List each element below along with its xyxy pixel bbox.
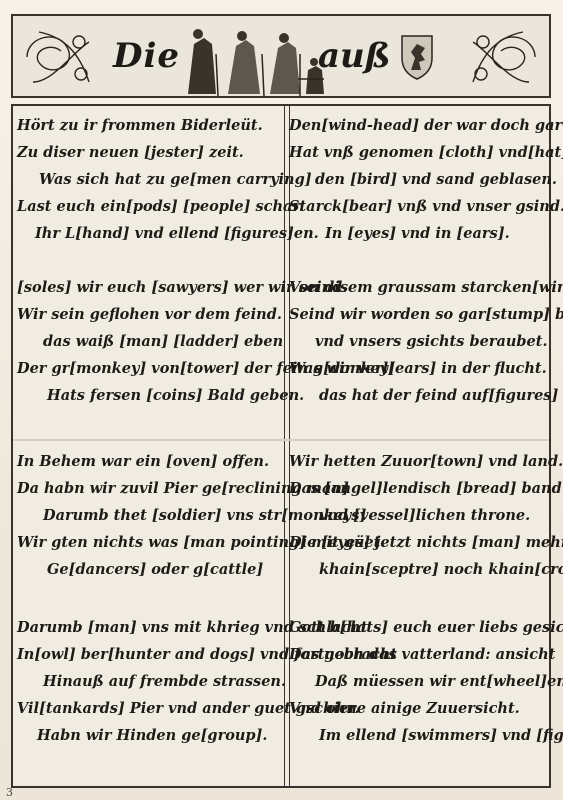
stanza-3: [soles] wir euch [sawyers] wer wir seind… [17, 274, 281, 409]
stanza-7: Darumb [man] vns mit khrieg vnd schlacht… [17, 614, 281, 749]
fold-line [13, 439, 549, 441]
verse-line: Vil[tankards] Pier vnd ander guet gschie… [17, 695, 281, 722]
title-word-left: Die [113, 36, 180, 76]
verse-line: Vnd ohne ainige Zuuersicht. [289, 695, 553, 722]
verse-line: Last euch ein[pods] [people] schar. [17, 193, 281, 220]
verse-line: In [eyes] vnd in [ears]. [289, 220, 553, 247]
lion-coat-of-arms-icon [399, 32, 435, 80]
verse-line: [soles] wir euch [sawyers] wer wir seind… [17, 274, 281, 301]
stanza-6: Wir hetten Zuuor[town] vnd land. Das [an… [289, 448, 553, 583]
broadsheet: Die auß Hört zu ir frommen Biderleüt. Zu… [0, 0, 563, 800]
verse-line: Das [angel]lendisch [bread] band. [289, 475, 553, 502]
verse-line: Ge[dancers] oder g[cattle] [17, 556, 281, 583]
stanza-1: Hört zu ir frommen Biderleüt. Zu diser n… [17, 112, 281, 247]
title-word-right: auß [318, 36, 391, 76]
verse-line: Wir hetten Zuuor[town] vnd land. [289, 448, 553, 475]
verse-line: Hats fersen [coins] Bald geben. [17, 382, 281, 409]
poem-frame: Hört zu ir frommen Biderleüt. Zu diser n… [11, 104, 551, 788]
page-number: 3 [6, 786, 13, 799]
verse-line: Darumb [man] vns mit khrieg vnd schlacht [17, 614, 281, 641]
verse-line: den [bird] vnd sand geblasen. [289, 166, 553, 193]
verse-line: vnd [vessel]lichen throne. [289, 502, 553, 529]
verse-line: khain[sceptre] noch khain[crown]e. [289, 556, 553, 583]
verse-line: Hinauß auf frembde strassen. [17, 668, 281, 695]
verse-line: Von disem graussam starcken[wind-head] [289, 274, 553, 301]
stanza-8: Gott b[hats] euch euer liebs gesicht Das… [289, 614, 553, 749]
title-banner: Die auß [11, 14, 551, 98]
verse-line: Hat vnß genomen [cloth] vnd[hat] [289, 139, 553, 166]
verse-line: Da habn wir zuvil Pier ge[reclining man] [17, 475, 281, 502]
stanza-4: Von disem graussam starcken[wind-head] S… [289, 274, 553, 409]
verse-line: das waiß [man] [ladder] eben [17, 328, 281, 355]
verse-line: Habn wir Hinden ge[group]. [17, 722, 281, 749]
verse-line: In[owl] ber[hunter and dogs] vnd fortgeb… [17, 641, 281, 668]
verse-line: Im ellend [swimmers] vnd [figures] [289, 722, 553, 749]
verse-line: Daß müessen wir ent[wheel]en. [289, 668, 553, 695]
calligraphic-flourish-icon [463, 22, 543, 92]
stanza-2: Den[wind-head] der war doch gar nit guet… [289, 112, 553, 247]
verse-line: Was sich hat zu ge[men carrying] [17, 166, 281, 193]
verse-line: Wir gten nichts was [man pointing] mit g… [17, 529, 281, 556]
verse-line: Seind wir worden so gar[stump] blind. [289, 301, 553, 328]
walking-figures-illustration-icon [178, 24, 328, 98]
verse-line: Den[wind-head] der war doch gar nit guet… [289, 112, 553, 139]
verse-line: Was wir verl[ears] in der flucht. [289, 355, 553, 382]
verse-line: Zu diser neuen [jester] zeit. [17, 139, 281, 166]
verse-line: Das noch das vatterland: ansicht [289, 641, 553, 668]
verse-line: Wir sein geflohen vor dem feind. [17, 301, 281, 328]
verse-line: Gott b[hats] euch euer liebs gesicht [289, 614, 553, 641]
calligraphic-flourish-icon [19, 22, 99, 92]
verse-line: Der gr[monkey] von[tower] der fein g[don… [17, 355, 281, 382]
verse-line: Darumb thet [soldier] vns str[monkeys] [17, 502, 281, 529]
verse-line: In Behem war ein [oven] offen. [17, 448, 281, 475]
verse-line: vnd vnsers gsichts beraubet. [289, 328, 553, 355]
stanza-5: In Behem war ein [oven] offen. Da habn w… [17, 448, 281, 583]
verse-line: Hört zu ir frommen Biderleüt. [17, 112, 281, 139]
verse-line: Ihr L[hand] vnd ellend [figures]en. [17, 220, 281, 247]
verse-line: das hat der feind auf[figures] [289, 382, 553, 409]
verse-line: Die [eyes] jetzt nichts [man] mehr. [289, 529, 553, 556]
verse-line: Starck[bear] vnß vnd vnser gsind. [289, 193, 553, 220]
